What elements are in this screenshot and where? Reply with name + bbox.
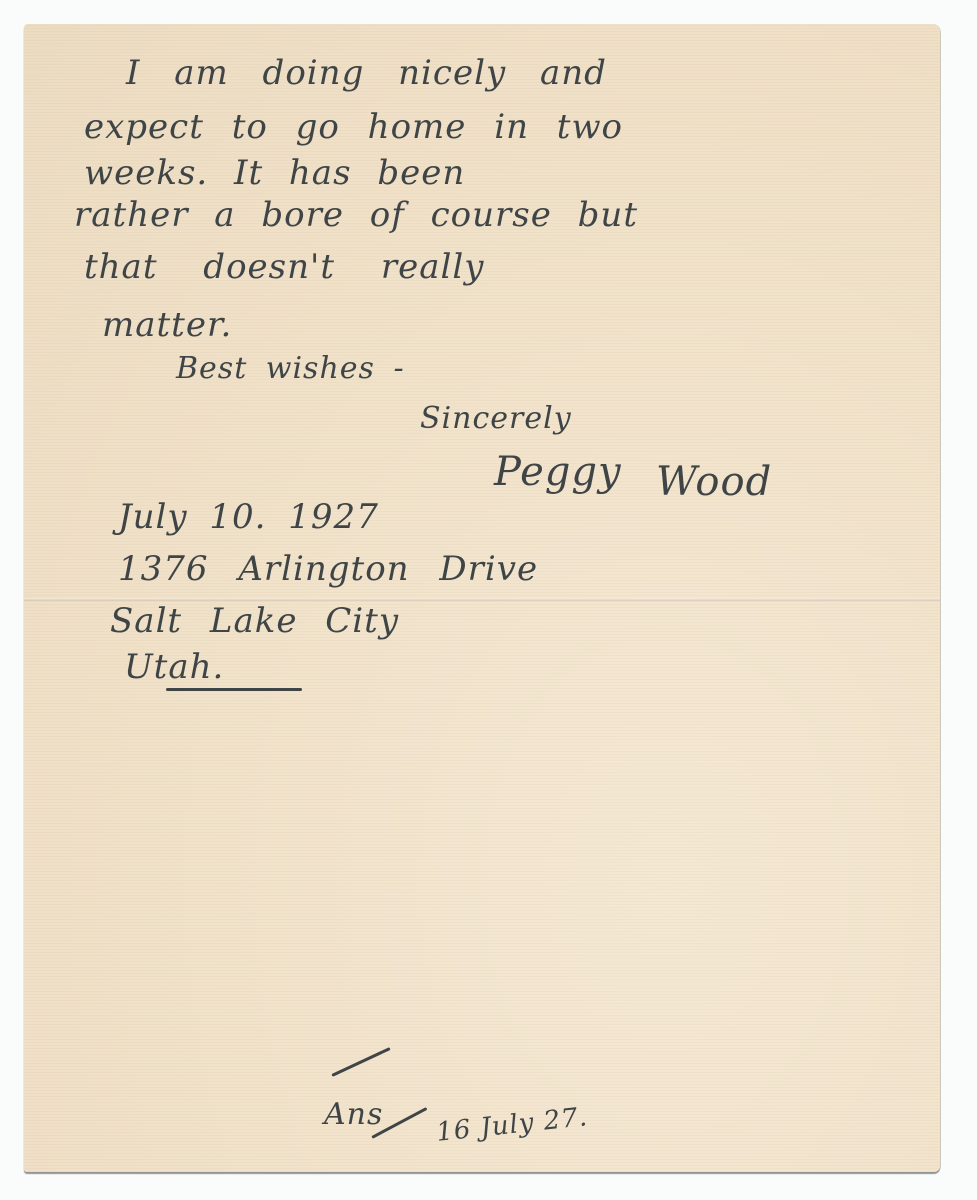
annotation-date: 16 July 27. xyxy=(435,1104,589,1146)
letter-page: I am doing nicely and expect to go home … xyxy=(24,24,940,1172)
signature-first-name: Peggy xyxy=(494,452,622,492)
body-line-3: weeks. It has been xyxy=(84,156,465,190)
body-line-5: that doesn't really xyxy=(84,250,484,284)
valediction: Sincerely xyxy=(420,404,572,434)
body-line-4: rather a bore of course but xyxy=(74,198,638,232)
signature-last-name: Wood xyxy=(656,462,772,502)
annotation-label: Ans xyxy=(324,1100,383,1130)
scan-background: I am doing nicely and expect to go home … xyxy=(0,0,977,1200)
body-line-2: expect to go home in two xyxy=(84,110,623,144)
address-line-1: 1376 Arlington Drive xyxy=(118,552,538,586)
closing: Best wishes - xyxy=(176,354,405,384)
letter-date: July 10. 1927 xyxy=(118,500,379,534)
address-underline xyxy=(166,688,302,691)
body-line-1: I am doing nicely and xyxy=(126,56,607,90)
address-line-2: Salt Lake City xyxy=(110,604,399,638)
annotation-slash-top xyxy=(331,1047,390,1077)
body-line-6: matter. xyxy=(102,308,232,342)
address-line-3: Utah. xyxy=(124,650,224,684)
